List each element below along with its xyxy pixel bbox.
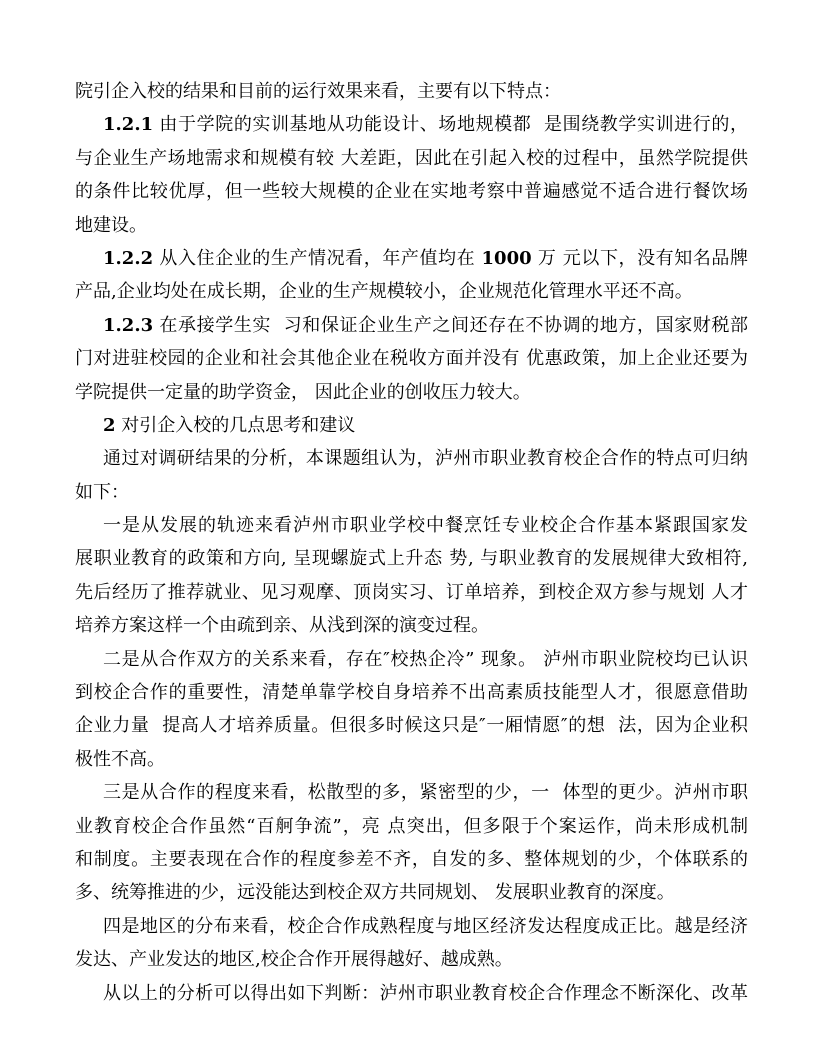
- section-number: 1.2.2: [103, 248, 153, 269]
- paragraph-1-2-1: 1.2.1 由于学院的实训基地从功能设计、场地规模都 是围绕教学实训进行的， 与…: [75, 108, 748, 242]
- paragraph-point-one: 一是从发展的轨迹来看泸州市职业学校中餐烹饪专业校企合作基本紧跟国家发 展职业教育…: [75, 509, 748, 643]
- text-line: 到校企合作的重要性，清楚单靠学校自身培养不出高素质技能型人才，很愿意借助: [75, 676, 748, 709]
- paragraph-intro-continuation: 院引企入校的结果和目前的运行效果来看，主要有以下特点：: [75, 75, 748, 108]
- text-line: 院引企入校的结果和目前的运行效果来看，主要有以下特点：: [75, 75, 748, 108]
- text-line: 极性不高。: [75, 743, 748, 776]
- text-line: 2 对引企入校的几点思考和建议: [75, 409, 748, 442]
- section-heading-2: 2 对引企入校的几点思考和建议: [75, 409, 748, 442]
- text-line: 地建设。: [75, 209, 748, 242]
- text-line: 三是从合作的程度来看，松散型的多，紧密型的少，一 体型的更少。泸州市职: [75, 776, 748, 809]
- bold-figure: 1000: [482, 248, 532, 269]
- text-line: 1.2.1 由于学院的实训基地从功能设计、场地规模都 是围绕教学实训进行的，: [75, 108, 748, 141]
- text-line: 如下：: [75, 476, 748, 509]
- text-line: 一是从发展的轨迹来看泸州市职业学校中餐烹饪专业校企合作基本紧跟国家发: [75, 509, 748, 542]
- text-line: 通过对调研结果的分析，本课题组认为，泸州市职业教育校企合作的特点可归纳: [75, 442, 748, 475]
- text-line: 培养方案这样一个由疏到亲、从浅到深的演变过程。: [75, 609, 748, 642]
- text-line: 门对进驻校园的企业和社会其他企业在税收方面并没有 优惠政策，加上企业还要为: [75, 342, 748, 375]
- section-number: 1.2.3: [103, 315, 153, 336]
- text-line: 学院提供一定量的助学资金， 因此企业的创收压力较大。: [75, 376, 748, 409]
- paragraph-1-2-2: 1.2.2 从入住企业的生产情况看，年产值均在 1000 万 元以下，没有知名品…: [75, 242, 748, 309]
- paragraph-point-two: 二是从合作双方的关系来看，存在″校热企冷” 现象。 泸州市职业院校均已认识 到校…: [75, 643, 748, 777]
- text-line: 产品,企业均处在成长期，企业的生产规模较小，企业规范化管理水平还不高。: [75, 275, 748, 308]
- text-line: 四是地区的分布来看，校企合作成熟程度与地区经济发达程度成正比。越是经济: [75, 910, 748, 943]
- text-line: 和制度。主要表现在合作的程度参差不齐，自发的多、整体规划的少，个体联系的: [75, 843, 748, 876]
- paragraph-conclusion: 从以上的分析可以得出如下判断：泸州市职业教育校企合作理念不断深化、改革: [75, 977, 748, 1010]
- section-number: 2: [103, 415, 116, 436]
- section-number: 1.2.1: [103, 114, 153, 135]
- text-line: 从以上的分析可以得出如下判断：泸州市职业教育校企合作理念不断深化、改革: [75, 977, 748, 1010]
- paragraph-1-2-3: 1.2.3 在承接学生实 习和保证企业生产之间还存在不协调的地方，国家财税部 门…: [75, 309, 748, 409]
- text-line: 企业力量 提高人才培养质量。但很多时候这只是″一厢情愿″的想 法，因为企业积: [75, 709, 748, 742]
- paragraph-point-four: 四是地区的分布来看，校企合作成熟程度与地区经济发达程度成正比。越是经济 发达、产…: [75, 910, 748, 977]
- text-line: 先后经历了推荐就业、见习观摩、顶岗实习、订单培养，到校企双方参与规划 人才: [75, 576, 748, 609]
- text-line: 业教育校企合作虽然“百舸争流”，亮 点突出，但多限于个案运作，尚未形成机制: [75, 810, 748, 843]
- paragraph-analysis-intro: 通过对调研结果的分析，本课题组认为，泸州市职业教育校企合作的特点可归纳 如下：: [75, 442, 748, 509]
- text-line: 多、统筹推进的少，远没能达到校企双方共同规划、 发展职业教育的深度。: [75, 876, 748, 909]
- text-line: 发达、产业发达的地区,校企合作开展得越好、越成熟。: [75, 943, 748, 976]
- text-line: 1.2.2 从入住企业的生产情况看，年产值均在 1000 万 元以下，没有知名品…: [75, 242, 748, 275]
- text-line: 展职业教育的政策和方向, 呈现螺旋式上升态 势, 与职业教育的发展规律大致相符,: [75, 542, 748, 575]
- text-line: 1.2.3 在承接学生实 习和保证企业生产之间还存在不协调的地方，国家财税部: [75, 309, 748, 342]
- text-line: 二是从合作双方的关系来看，存在″校热企冷” 现象。 泸州市职业院校均已认识: [75, 643, 748, 676]
- paragraph-point-three: 三是从合作的程度来看，松散型的多，紧密型的少，一 体型的更少。泸州市职 业教育校…: [75, 776, 748, 910]
- text-line: 的条件比较优厚，但一些较大规模的企业在实地考察中普遍感觉不适合进行餐饮场: [75, 175, 748, 208]
- document-page: 院引企入校的结果和目前的运行效果来看，主要有以下特点： 1.2.1 由于学院的实…: [75, 75, 748, 1010]
- text-line: 与企业生产场地需求和规模有较 大差距，因此在引起入校的过程中，虽然学院提供: [75, 142, 748, 175]
